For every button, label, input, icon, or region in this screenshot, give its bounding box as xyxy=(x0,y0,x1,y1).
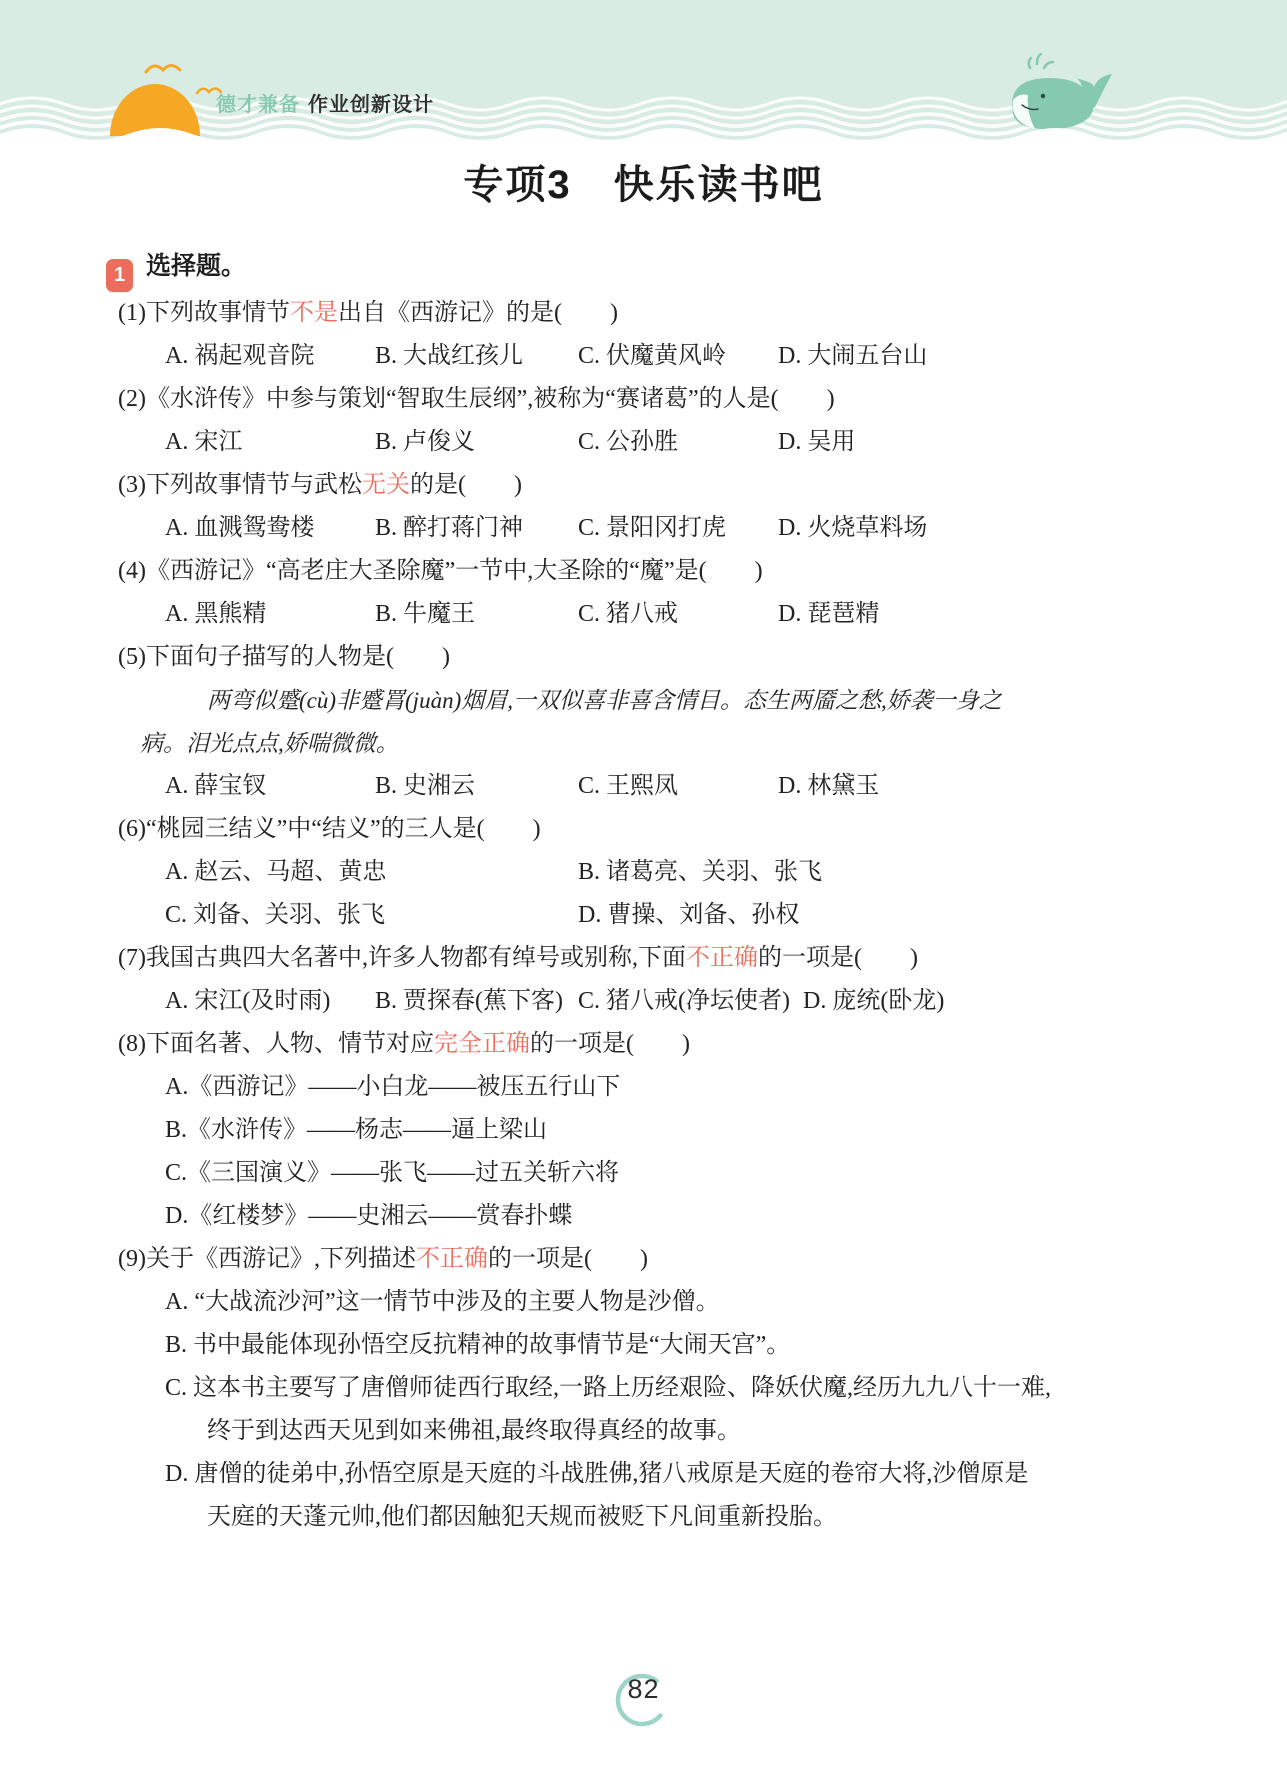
option: B. 诸葛亮、关羽、张飞 xyxy=(578,851,822,894)
options-row: A. 赵云、马超、黄忠B. 诸葛亮、关羽、张飞 xyxy=(0,851,1287,894)
option: B. 大战红孩儿 xyxy=(375,335,578,378)
quote-line: 两弯似蹙(cù)非蹙罥(juàn)烟眉,一双似喜非喜含情目。态生两靥之愁,娇袭一… xyxy=(0,679,1287,722)
option-continuation: 天庭的天蓬元帅,他们都因触犯天规而被贬下凡间重新投胎。 xyxy=(0,1496,1287,1539)
stem-highlight: 完全正确 xyxy=(434,1031,530,1057)
stem-highlight: 无关 xyxy=(362,472,410,498)
question-list: (1)下列故事情节不是出自《西游记》的是( ) A. 祸起观音院B. 大战红孩儿… xyxy=(0,292,1287,1539)
option: C. 景阳冈打虎 xyxy=(578,507,778,550)
section-header: 1选择题。 xyxy=(0,244,1287,292)
option: D. 火烧草料场 xyxy=(778,507,927,550)
option: B. 书中最能体现孙悟空反抗精神的故事情节是“大闹天宫”。 xyxy=(0,1324,1287,1367)
question-stem: (7)我国古典四大名著中,许多人物都有绰号或别称,下面不正确的一项是( ) xyxy=(0,937,1287,980)
options-row: A. 宋江B. 卢俊义C. 公孙胜D. 吴用 xyxy=(0,421,1287,464)
option: C. 公孙胜 xyxy=(578,421,778,464)
question-stem: (1)下列故事情节不是出自《西游记》的是( ) xyxy=(0,292,1287,335)
option: C. 猪八戒 xyxy=(578,593,778,636)
section-title: 选择题。 xyxy=(146,252,246,280)
option: C. 猪八戒(净坛使者) xyxy=(578,980,803,1023)
options-row: A. 血溅鸳鸯楼B. 醉打蒋门神C. 景阳冈打虎D. 火烧草料场 xyxy=(0,507,1287,550)
question-stem: (8)下面名著、人物、情节对应完全正确的一项是( ) xyxy=(0,1023,1287,1066)
option: C. 伏魔黄风岭 xyxy=(578,335,778,378)
stem-highlight: 不正确 xyxy=(686,945,758,971)
options-row: A. 黑熊精B. 牛魔王C. 猪八戒D. 琵琶精 xyxy=(0,593,1287,636)
option: A. “大战流沙河”这一情节中涉及的主要人物是沙僧。 xyxy=(0,1281,1287,1324)
option: D. 庞统(卧龙) xyxy=(803,980,944,1023)
options-row: A. 宋江(及时雨)B. 贾探春(蕉下客)C. 猪八戒(净坛使者)D. 庞统(卧… xyxy=(0,980,1287,1023)
option: D. 林黛玉 xyxy=(778,765,879,808)
option: B. 史湘云 xyxy=(375,765,578,808)
brand-logo: 德才兼备作业创新设计 xyxy=(216,88,434,117)
option: B. 贾探春(蕉下客) xyxy=(375,980,578,1023)
options-row: A. 祸起观音院B. 大战红孩儿C. 伏魔黄风岭D. 大闹五台山 xyxy=(0,335,1287,378)
brand-primary-text: 德才兼备 xyxy=(216,94,300,116)
option: D. 琵琶精 xyxy=(778,593,879,636)
option: A. 宋江 xyxy=(165,421,375,464)
option: C. 王熙凤 xyxy=(578,765,778,808)
header-waves-graphic xyxy=(0,0,1287,150)
option: D. 大闹五台山 xyxy=(778,335,927,378)
options-row: A. 薛宝钗B. 史湘云C. 王熙凤D. 林黛玉 xyxy=(0,765,1287,808)
question-stem: (4)《西游记》“高老庄大圣除魔”一节中,大圣除的“魔”是( ) xyxy=(0,550,1287,593)
option: A. 血溅鸳鸯楼 xyxy=(165,507,375,550)
option: D. 唐僧的徒弟中,孙悟空原是天庭的斗战胜佛,猪八戒原是天庭的卷帘大将,沙僧原是 xyxy=(0,1453,1287,1496)
options-row: C. 刘备、关羽、张飞D. 曹操、刘备、孙权 xyxy=(0,894,1287,937)
brand-secondary-text: 作业创新设计 xyxy=(308,94,434,116)
option: D. 曹操、刘备、孙权 xyxy=(578,894,799,937)
question-8: (8)下面名著、人物、情节对应完全正确的一项是( ) A.《西游记》——小白龙—… xyxy=(0,1023,1287,1238)
question-5: (5)下面句子描写的人物是( ) 两弯似蹙(cù)非蹙罥(juàn)烟眉,一双似… xyxy=(0,636,1287,808)
option: B. 牛魔王 xyxy=(375,593,578,636)
page-title: 专项3 快乐读书吧 xyxy=(0,158,1287,212)
option: C. 这本书主要写了唐僧师徒西行取经,一路上历经艰险、降妖伏魔,经历九九八十一难… xyxy=(0,1367,1287,1410)
question-stem: (2)《水浒传》中参与策划“智取生辰纲”,被称为“赛诸葛”的人是( ) xyxy=(0,378,1287,421)
option: D.《红楼梦》——史湘云——赏春扑蝶 xyxy=(0,1195,1287,1238)
question-2: (2)《水浒传》中参与策划“智取生辰纲”,被称为“赛诸葛”的人是( ) A. 宋… xyxy=(0,378,1287,464)
option: A. 薛宝钗 xyxy=(165,765,375,808)
option: A. 宋江(及时雨) xyxy=(165,980,375,1023)
header-band: 德才兼备作业创新设计 xyxy=(0,0,1287,150)
page-number: 82 xyxy=(620,1674,668,1705)
option: A. 赵云、马超、黄忠 xyxy=(165,851,578,894)
option: C.《三国演义》——张飞——过五关斩六将 xyxy=(0,1152,1287,1195)
question-stem: (9)关于《西游记》,下列描述不正确的一项是( ) xyxy=(0,1238,1287,1281)
question-9: (9)关于《西游记》,下列描述不正确的一项是( ) A. “大战流沙河”这一情节… xyxy=(0,1238,1287,1539)
option: A.《西游记》——小白龙——被压五行山下 xyxy=(0,1066,1287,1109)
option: B.《水浒传》——杨志——逼上梁山 xyxy=(0,1109,1287,1152)
option: B. 醉打蒋门神 xyxy=(375,507,578,550)
option: A. 黑熊精 xyxy=(165,593,375,636)
stem-highlight: 不是 xyxy=(290,300,338,326)
question-3: (3)下列故事情节与武松无关的是( ) A. 血溅鸳鸯楼B. 醉打蒋门神C. 景… xyxy=(0,464,1287,550)
question-4: (4)《西游记》“高老庄大圣除魔”一节中,大圣除的“魔”是( ) A. 黑熊精B… xyxy=(0,550,1287,636)
question-1: (1)下列故事情节不是出自《西游记》的是( ) A. 祸起观音院B. 大战红孩儿… xyxy=(0,292,1287,378)
quote-line: 病。泪光点点,娇喘微微。 xyxy=(0,722,1287,765)
option: C. 刘备、关羽、张飞 xyxy=(165,894,578,937)
section-number-badge: 1 xyxy=(106,259,133,292)
page-footer: 82 xyxy=(0,1668,1287,1738)
option: A. 祸起观音院 xyxy=(165,335,375,378)
option: D. 吴用 xyxy=(778,421,855,464)
question-stem: (6)“桃园三结义”中“结义”的三人是( ) xyxy=(0,808,1287,851)
page-number-container: 82 xyxy=(606,1668,682,1738)
question-stem: (5)下面句子描写的人物是( ) xyxy=(0,636,1287,679)
option-continuation: 终于到达西天见到如来佛祖,最终取得真经的故事。 xyxy=(0,1410,1287,1453)
stem-highlight: 不正确 xyxy=(416,1246,488,1272)
question-stem: (3)下列故事情节与武松无关的是( ) xyxy=(0,464,1287,507)
option: B. 卢俊义 xyxy=(375,421,578,464)
question-6: (6)“桃园三结义”中“结义”的三人是( ) A. 赵云、马超、黄忠B. 诸葛亮… xyxy=(0,808,1287,937)
question-7: (7)我国古典四大名著中,许多人物都有绰号或别称,下面不正确的一项是( ) A.… xyxy=(0,937,1287,1023)
